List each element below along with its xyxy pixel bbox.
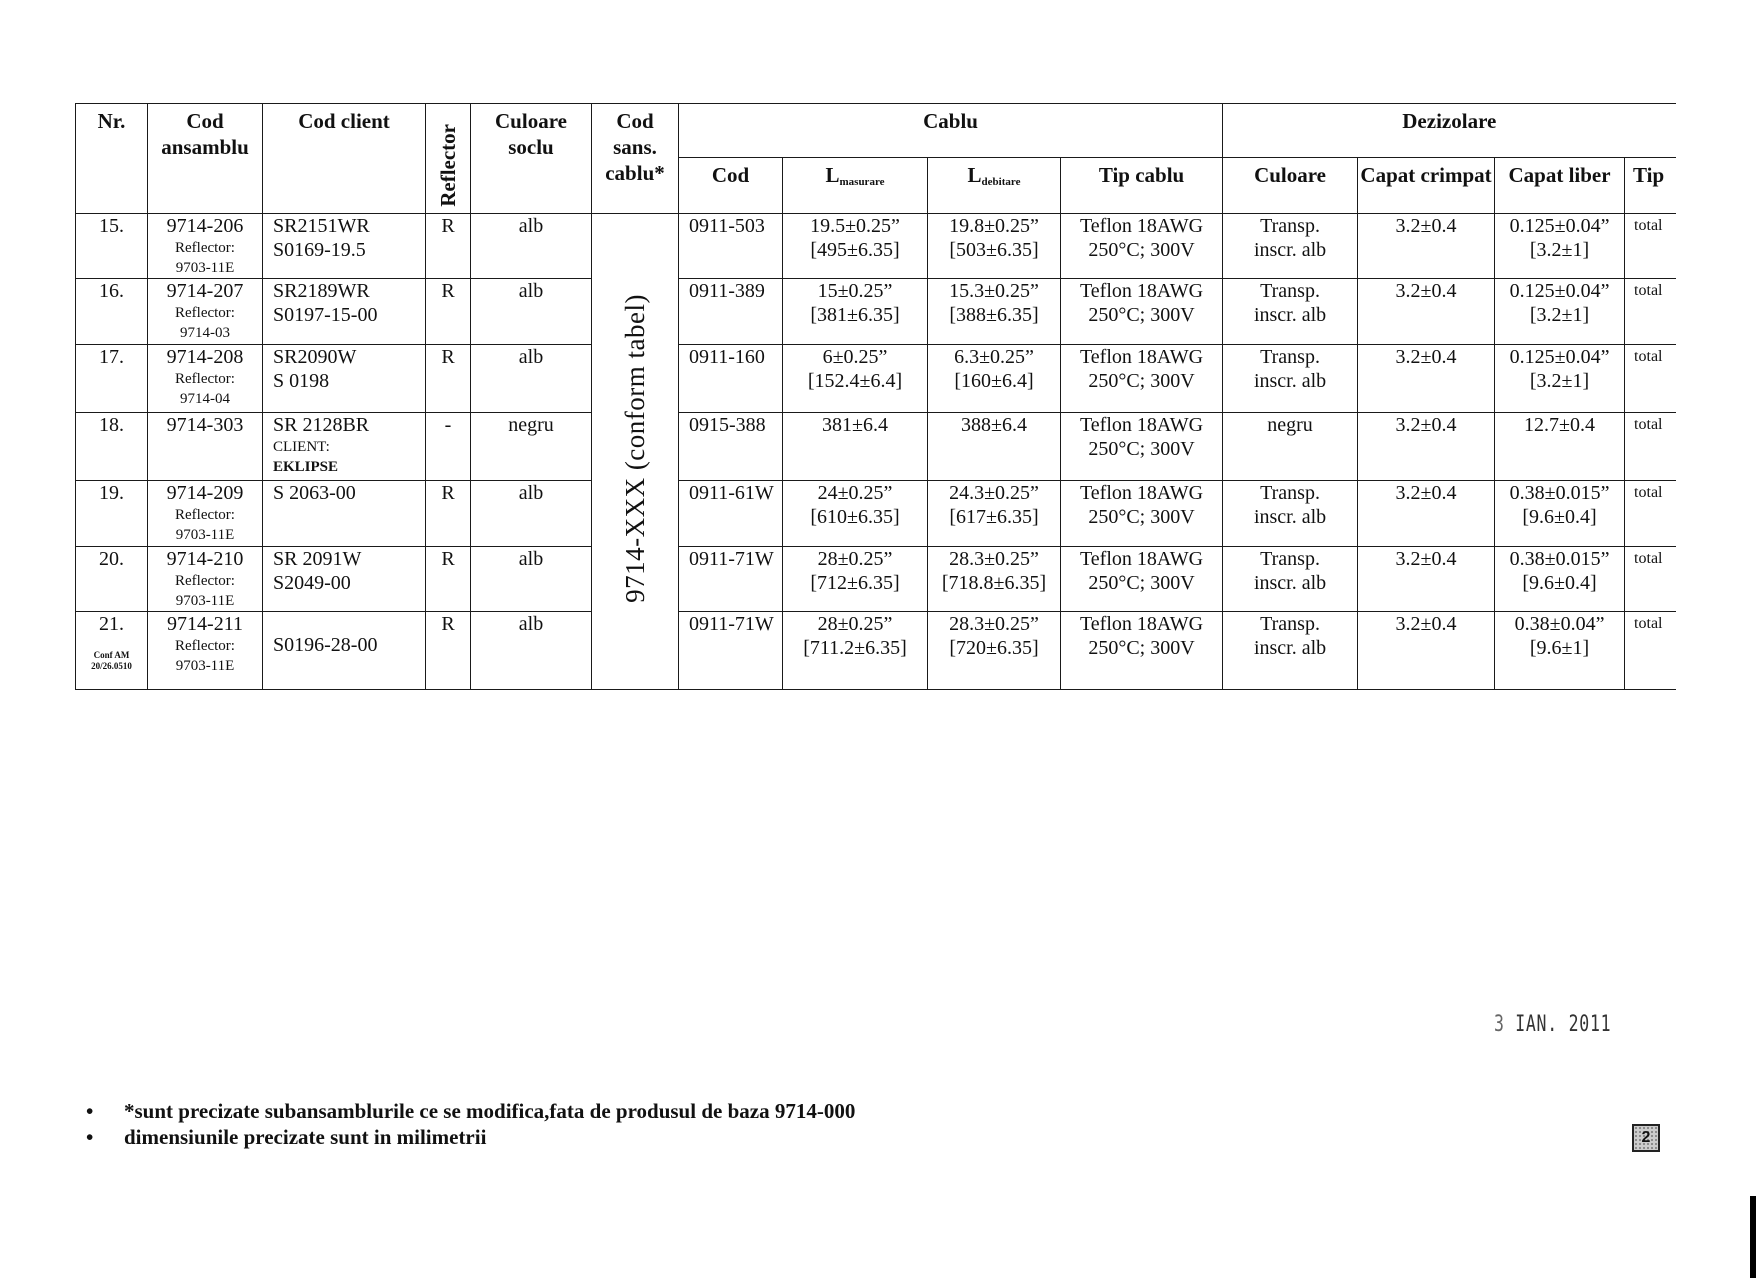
- cod-sans-cablu-value: 9714-XXX (conform tabel): [623, 294, 647, 603]
- l-masurare-mm: [711.2±6.35]: [783, 636, 927, 660]
- cell-nr: 21.Conf AM20/26.0510: [76, 612, 148, 690]
- cell-tip: total: [1625, 547, 1676, 612]
- cell-tip: total: [1625, 214, 1676, 279]
- tip-cablu-line: 250°C; 300V: [1061, 369, 1222, 393]
- l-masurare-mm: [495±6.35]: [783, 238, 927, 262]
- cod-ansamblu-value: 9714-206: [148, 214, 262, 238]
- cell-tip: total: [1625, 345, 1676, 413]
- header-tip: Tip: [1625, 158, 1676, 214]
- footnote-text: dimensiunile precizate sunt in milimetri…: [124, 1125, 486, 1149]
- cell-l-debitare: 6.3±0.25”[160±6.4]: [928, 345, 1061, 413]
- capat-liber-mm: [9.6±0.4]: [1495, 571, 1624, 595]
- cod-ansamblu-value: 9714-207: [148, 279, 262, 303]
- reflector-code: 9703-11E: [148, 525, 262, 545]
- cell-cod-client: SR 2128BRCLIENT:EKLIPSE: [263, 413, 426, 481]
- page-number-badge: 2: [1632, 1124, 1660, 1152]
- header-l-masurare-main: L: [825, 163, 839, 187]
- dez-culoare-line: inscr. alb: [1223, 571, 1357, 595]
- cell-nr: 15.: [76, 214, 148, 279]
- dez-culoare-line: Transp.: [1223, 547, 1357, 571]
- cell-reflector: -: [426, 413, 471, 481]
- capat-liber-mm: [3.2±1]: [1495, 303, 1624, 327]
- cell-capat-crimpat: 3.2±0.4: [1358, 279, 1495, 345]
- cell-cod-ansamblu: 9714-303: [148, 413, 263, 481]
- dez-culoare-line: Transp.: [1223, 612, 1357, 636]
- date-stamp: 3IAN. 2011: [1494, 1012, 1611, 1037]
- cell-capat-crimpat: 3.2±0.4: [1358, 413, 1495, 481]
- l-masurare-mm: [712±6.35]: [783, 571, 927, 595]
- cod-client-line: SR2189WR: [273, 279, 425, 303]
- cell-cod-client: S 2063-00: [263, 481, 426, 547]
- capat-liber-mm: [3.2±1]: [1495, 369, 1624, 393]
- dez-culoare-line: Transp.: [1223, 214, 1357, 238]
- l-debitare-inch: 388±6.4: [928, 413, 1060, 437]
- l-debitare-inch: 15.3±0.25”: [928, 279, 1060, 303]
- cell-nr: 17.: [76, 345, 148, 413]
- cell-tip-cablu: Teflon 18AWG250°C; 300V: [1061, 279, 1223, 345]
- cod-ansamblu-value: 9714-208: [148, 345, 262, 369]
- l-debitare-mm: [503±6.35]: [928, 238, 1060, 262]
- capat-liber-inch: 0.38±0.015”: [1495, 547, 1624, 571]
- tip-cablu-line: 250°C; 300V: [1061, 437, 1222, 461]
- cell-capat-liber: 0.38±0.04”[9.6±1]: [1495, 612, 1625, 690]
- cell-l-masurare: 15±0.25”[381±6.35]: [783, 279, 928, 345]
- bullet-icon: •: [86, 1124, 93, 1150]
- date-stamp-month-year: IAN. 2011: [1515, 1012, 1611, 1037]
- cell-cablu-cod: 0911-503: [679, 214, 783, 279]
- cell-l-debitare: 24.3±0.25”[617±6.35]: [928, 481, 1061, 547]
- cell-tip-cablu: Teflon 18AWG250°C; 300V: [1061, 413, 1223, 481]
- row-number: 16.: [76, 279, 147, 303]
- l-debitare-inch: 6.3±0.25”: [928, 345, 1060, 369]
- cell-capat-crimpat: 3.2±0.4: [1358, 612, 1495, 690]
- table-row: 19.9714-209Reflector:9703-11ES 2063-00Ra…: [76, 481, 1676, 547]
- cell-capat-liber: 0.38±0.015”[9.6±0.4]: [1495, 547, 1625, 612]
- tip-cablu-line: Teflon 18AWG: [1061, 345, 1222, 369]
- header-reflector-label: Reflector: [435, 120, 461, 207]
- cod-client-line: SR2090W: [273, 345, 425, 369]
- tip-cablu-line: 250°C; 300V: [1061, 636, 1222, 660]
- cell-dez-culoare: Transp.inscr. alb: [1223, 279, 1358, 345]
- cell-cablu-cod: 0911-71W: [679, 547, 783, 612]
- cod-client-line: S 2063-00: [273, 481, 425, 505]
- table-row: 17.9714-208Reflector:9714-04SR2090WS 019…: [76, 345, 1676, 413]
- cell-nr: 16.: [76, 279, 148, 345]
- cell-tip: total: [1625, 481, 1676, 547]
- cell-dez-culoare: negru: [1223, 413, 1358, 481]
- cell-cod-ansamblu: 9714-207Reflector:9714-03: [148, 279, 263, 345]
- cell-nr: 20.: [76, 547, 148, 612]
- header-cod-ansamblu: Cod ansamblu: [148, 104, 263, 214]
- reflector-label: Reflector:: [148, 505, 262, 525]
- cell-cod-client: SR2151WRS0169-19.5: [263, 214, 426, 279]
- conf-stamp: Conf AM20/26.0510: [76, 650, 147, 672]
- tip-cablu-line: 250°C; 300V: [1061, 571, 1222, 595]
- row-number: 21.: [76, 612, 147, 636]
- cell-reflector: R: [426, 612, 471, 690]
- cell-cod-ansamblu: 9714-206Reflector:9703-11E: [148, 214, 263, 279]
- scan-edge-mark: [1750, 1196, 1756, 1278]
- l-masurare-mm: [381±6.35]: [783, 303, 927, 327]
- cell-capat-liber: 12.7±0.4: [1495, 413, 1625, 481]
- l-masurare-inch: 6±0.25”: [783, 345, 927, 369]
- header-cablu-cod: Cod: [679, 158, 783, 214]
- cod-client-line: S0196-28-00: [273, 633, 425, 657]
- cell-l-debitare: 28.3±0.25”[718.8±6.35]: [928, 547, 1061, 612]
- capat-liber-mm: [3.2±1]: [1495, 238, 1624, 262]
- dez-culoare-line: Transp.: [1223, 279, 1357, 303]
- dez-culoare-line: inscr. alb: [1223, 303, 1357, 327]
- l-debitare-inch: 19.8±0.25”: [928, 214, 1060, 238]
- header-capat-liber: Capat liber: [1495, 158, 1625, 214]
- cod-client-line: S0197-15-00: [273, 303, 425, 327]
- table-row: 21.Conf AM20/26.05109714-211Reflector:97…: [76, 612, 1676, 690]
- cell-dez-culoare: Transp.inscr. alb: [1223, 214, 1358, 279]
- tip-cablu-line: 250°C; 300V: [1061, 303, 1222, 327]
- header-group-cablu: Cablu: [679, 104, 1223, 158]
- cell-tip: total: [1625, 413, 1676, 481]
- cell-capat-liber: 0.38±0.015”[9.6±0.4]: [1495, 481, 1625, 547]
- cod-client-line: EKLIPSE: [273, 457, 425, 477]
- cod-client-line: S 0198: [273, 369, 425, 393]
- capat-liber-inch: 0.38±0.04”: [1495, 612, 1624, 636]
- cell-cablu-cod: 0911-160: [679, 345, 783, 413]
- cell-l-debitare: 28.3±0.25”[720±6.35]: [928, 612, 1061, 690]
- cell-tip-cablu: Teflon 18AWG250°C; 300V: [1061, 345, 1223, 413]
- header-l-debitare: Ldebitare: [928, 158, 1061, 214]
- l-debitare-mm: [388±6.35]: [928, 303, 1060, 327]
- cell-cod-ansamblu: 9714-209Reflector:9703-11E: [148, 481, 263, 547]
- cell-reflector: R: [426, 279, 471, 345]
- tip-cablu-line: 250°C; 300V: [1061, 238, 1222, 262]
- l-masurare-inch: 28±0.25”: [783, 612, 927, 636]
- reflector-label: Reflector:: [148, 238, 262, 258]
- l-debitare-mm: [720±6.35]: [928, 636, 1060, 660]
- tip-cablu-line: Teflon 18AWG: [1061, 481, 1222, 505]
- cell-culoare-soclu: alb: [471, 345, 592, 413]
- cell-reflector: R: [426, 547, 471, 612]
- cell-dez-culoare: Transp.inscr. alb: [1223, 345, 1358, 413]
- footnote-item: •dimensiunile precizate sunt in milimetr…: [80, 1124, 855, 1150]
- cell-l-masurare: 6±0.25”[152.4±6.4]: [783, 345, 928, 413]
- cell-capat-crimpat: 3.2±0.4: [1358, 214, 1495, 279]
- header-cod-client: Cod client: [263, 104, 426, 214]
- table-row: 16.9714-207Reflector:9714-03SR2189WRS019…: [76, 279, 1676, 345]
- tip-cablu-line: Teflon 18AWG: [1061, 279, 1222, 303]
- cell-cod-sans-cablu-merged: 9714-XXX (conform tabel): [592, 214, 679, 690]
- tip-cablu-line: Teflon 18AWG: [1061, 547, 1222, 571]
- cell-cablu-cod: 0915-388: [679, 413, 783, 481]
- reflector-code: 9703-11E: [148, 656, 262, 676]
- table-body: 15.9714-206Reflector:9703-11ESR2151WRS01…: [76, 214, 1676, 690]
- bullet-icon: •: [86, 1098, 93, 1124]
- l-debitare-inch: 28.3±0.25”: [928, 612, 1060, 636]
- capat-liber-mm: [9.6±0.4]: [1495, 505, 1624, 529]
- conf-stamp-line: Conf AM: [76, 650, 147, 661]
- capat-liber-inch: 0.38±0.015”: [1495, 481, 1624, 505]
- header-l-masurare-sub: masurare: [840, 176, 885, 188]
- cell-cod-ansamblu: 9714-208Reflector:9714-04: [148, 345, 263, 413]
- cell-capat-liber: 0.125±0.04”[3.2±1]: [1495, 214, 1625, 279]
- l-debitare-inch: 28.3±0.25”: [928, 547, 1060, 571]
- capat-liber-inch: 0.125±0.04”: [1495, 279, 1624, 303]
- row-number: 19.: [76, 481, 147, 505]
- cod-ansamblu-value: 9714-210: [148, 547, 262, 571]
- tip-cablu-line: 250°C; 300V: [1061, 505, 1222, 529]
- cell-capat-crimpat: 3.2±0.4: [1358, 481, 1495, 547]
- header-dez-culoare: Culoare: [1223, 158, 1358, 214]
- cell-culoare-soclu: alb: [471, 547, 592, 612]
- cell-tip: total: [1625, 279, 1676, 345]
- cell-l-masurare: 381±6.4: [783, 413, 928, 481]
- cell-capat-liber: 0.125±0.04”[3.2±1]: [1495, 345, 1625, 413]
- row-number: 15.: [76, 214, 147, 238]
- capat-liber-inch: 12.7±0.4: [1495, 413, 1624, 437]
- cell-dez-culoare: Transp.inscr. alb: [1223, 547, 1358, 612]
- dez-culoare-line: inscr. alb: [1223, 505, 1357, 529]
- cell-tip-cablu: Teflon 18AWG250°C; 300V: [1061, 547, 1223, 612]
- header-l-debitare-main: L: [968, 163, 982, 187]
- cod-ansamblu-value: 9714-303: [148, 413, 262, 437]
- reflector-label: Reflector:: [148, 369, 262, 389]
- cod-client-line: SR 2128BR: [273, 413, 425, 437]
- cod-ansamblu-value: 9714-211: [148, 612, 262, 636]
- dez-culoare-line: inscr. alb: [1223, 636, 1357, 660]
- header-tip-cablu: Tip cablu: [1061, 158, 1223, 214]
- tip-cablu-line: Teflon 18AWG: [1061, 214, 1222, 238]
- header-group-dezizolare: Dezizolare: [1223, 104, 1676, 158]
- cell-cablu-cod: 0911-389: [679, 279, 783, 345]
- cell-reflector: R: [426, 481, 471, 547]
- header-cod-sans-cablu: Cod sans. cablu*: [592, 104, 679, 214]
- conf-stamp-line: 20/26.0510: [76, 661, 147, 672]
- dez-culoare-line: negru: [1223, 413, 1357, 437]
- cell-dez-culoare: Transp.inscr. alb: [1223, 481, 1358, 547]
- dez-culoare-line: inscr. alb: [1223, 369, 1357, 393]
- cell-cablu-cod: 0911-61W: [679, 481, 783, 547]
- l-masurare-mm: [610±6.35]: [783, 505, 927, 529]
- reflector-label: Reflector:: [148, 636, 262, 656]
- l-masurare-inch: 19.5±0.25”: [783, 214, 927, 238]
- cell-culoare-soclu: alb: [471, 481, 592, 547]
- l-masurare-inch: 15±0.25”: [783, 279, 927, 303]
- cell-cod-client: SR2090WS 0198: [263, 345, 426, 413]
- reflector-code: 9703-11E: [148, 591, 262, 611]
- cod-client-line: S2049-00: [273, 571, 425, 595]
- tip-cablu-line: Teflon 18AWG: [1061, 612, 1222, 636]
- reflector-label: Reflector:: [148, 303, 262, 323]
- cell-reflector: R: [426, 214, 471, 279]
- cell-cod-ansamblu: 9714-210Reflector:9703-11E: [148, 547, 263, 612]
- cell-tip-cablu: Teflon 18AWG250°C; 300V: [1061, 481, 1223, 547]
- cod-client-line: SR2151WR: [273, 214, 425, 238]
- cell-tip-cablu: Teflon 18AWG250°C; 300V: [1061, 612, 1223, 690]
- cell-nr: 18.: [76, 413, 148, 481]
- cod-client-line: S0169-19.5: [273, 238, 425, 262]
- header-l-debitare-sub: debitare: [982, 176, 1021, 188]
- reflector-code: 9714-03: [148, 323, 262, 343]
- row-number: 20.: [76, 547, 147, 571]
- l-debitare-mm: [718.8±6.35]: [928, 571, 1060, 595]
- cell-cod-client: SR 2091WS2049-00: [263, 547, 426, 612]
- reflector-code: 9714-04: [148, 389, 262, 409]
- cell-l-debitare: 388±6.4: [928, 413, 1061, 481]
- reflector-code: 9703-11E: [148, 258, 262, 278]
- l-masurare-inch: 24±0.25”: [783, 481, 927, 505]
- cell-l-debitare: 15.3±0.25”[388±6.35]: [928, 279, 1061, 345]
- cell-capat-crimpat: 3.2±0.4: [1358, 547, 1495, 612]
- date-stamp-day: 3: [1494, 1012, 1505, 1037]
- cell-cod-client: SR2189WRS0197-15-00: [263, 279, 426, 345]
- capat-liber-inch: 0.125±0.04”: [1495, 214, 1624, 238]
- cell-capat-crimpat: 3.2±0.4: [1358, 345, 1495, 413]
- cell-cablu-cod: 0911-71W: [679, 612, 783, 690]
- row-number: 18.: [76, 413, 147, 437]
- cell-l-masurare: 19.5±0.25”[495±6.35]: [783, 214, 928, 279]
- cell-tip-cablu: Teflon 18AWG250°C; 300V: [1061, 214, 1223, 279]
- header-capat-crimpat: Capat crimpat: [1358, 158, 1495, 214]
- reflector-label: Reflector:: [148, 571, 262, 591]
- cell-dez-culoare: Transp.inscr. alb: [1223, 612, 1358, 690]
- cell-nr: 19.: [76, 481, 148, 547]
- cell-l-masurare: 24±0.25”[610±6.35]: [783, 481, 928, 547]
- capat-liber-mm: [9.6±1]: [1495, 636, 1624, 660]
- header-culoare-soclu: Culoare soclu: [471, 104, 592, 214]
- header-reflector: Reflector: [426, 104, 471, 214]
- cell-culoare-soclu: alb: [471, 612, 592, 690]
- table-row: 15.9714-206Reflector:9703-11ESR2151WRS01…: [76, 214, 1676, 279]
- footnotes-list: •*sunt precizate subansamblurile ce se m…: [80, 1098, 855, 1150]
- dez-culoare-line: Transp.: [1223, 345, 1357, 369]
- l-masurare-inch: 381±6.4: [783, 413, 927, 437]
- footnote-text: *sunt precizate subansamblurile ce se mo…: [124, 1099, 855, 1123]
- header-l-masurare: Lmasurare: [783, 158, 928, 214]
- header-nr: Nr.: [76, 104, 148, 214]
- l-debitare-inch: 24.3±0.25”: [928, 481, 1060, 505]
- cell-reflector: R: [426, 345, 471, 413]
- l-debitare-mm: [160±6.4]: [928, 369, 1060, 393]
- cell-culoare-soclu: alb: [471, 279, 592, 345]
- cell-culoare-soclu: negru: [471, 413, 592, 481]
- row-number: 17.: [76, 345, 147, 369]
- cell-culoare-soclu: alb: [471, 214, 592, 279]
- cod-ansamblu-value: 9714-209: [148, 481, 262, 505]
- cod-client-line: SR 2091W: [273, 547, 425, 571]
- assembly-spec-table: Nr. Cod ansamblu Cod client Reflector Cu…: [75, 103, 1676, 690]
- cell-l-masurare: 28±0.25”[711.2±6.35]: [783, 612, 928, 690]
- dez-culoare-line: Transp.: [1223, 481, 1357, 505]
- capat-liber-inch: 0.125±0.04”: [1495, 345, 1624, 369]
- cod-client-line: CLIENT:: [273, 437, 425, 457]
- table-row: 20.9714-210Reflector:9703-11ESR 2091WS20…: [76, 547, 1676, 612]
- cell-capat-liber: 0.125±0.04”[3.2±1]: [1495, 279, 1625, 345]
- cell-l-debitare: 19.8±0.25”[503±6.35]: [928, 214, 1061, 279]
- tip-cablu-line: Teflon 18AWG: [1061, 413, 1222, 437]
- table-row: 18.9714-303SR 2128BRCLIENT:EKLIPSE-negru…: [76, 413, 1676, 481]
- cell-cod-ansamblu: 9714-211Reflector:9703-11E: [148, 612, 263, 690]
- l-masurare-inch: 28±0.25”: [783, 547, 927, 571]
- cell-tip: total: [1625, 612, 1676, 690]
- footnote-item: •*sunt precizate subansamblurile ce se m…: [80, 1098, 855, 1124]
- cell-l-masurare: 28±0.25”[712±6.35]: [783, 547, 928, 612]
- cell-cod-client: S0196-28-00: [263, 612, 426, 690]
- l-masurare-mm: [152.4±6.4]: [783, 369, 927, 393]
- dez-culoare-line: inscr. alb: [1223, 238, 1357, 262]
- l-debitare-mm: [617±6.35]: [928, 505, 1060, 529]
